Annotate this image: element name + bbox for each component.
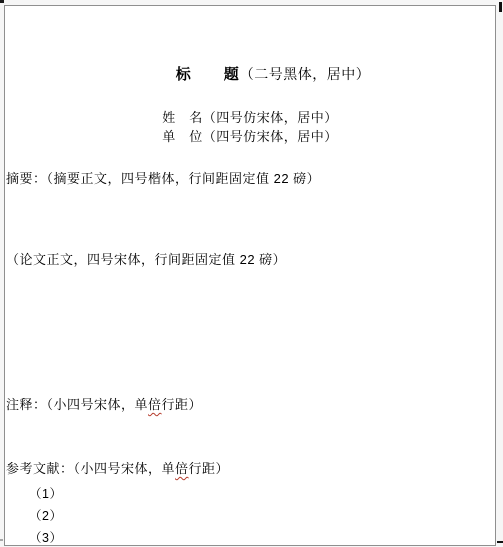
notes-spellcheck-word: 倍 [148, 397, 162, 412]
reference-item-2: （2） [29, 509, 62, 523]
screen-edge-artifact-bottom-left [0, 539, 3, 541]
author-line: 姓 名（四号仿宋体，居中） [5, 111, 495, 126]
notes-line: 注释：（小四号宋体，单倍行距） [6, 398, 202, 413]
body-text-line: （论文正文，四号宋体，行间距固定值 22 磅） [6, 253, 286, 268]
screen-edge-artifact-top-right [499, 2, 502, 12]
screenshot-frame: 标 题（二号黑体，居中） 姓 名（四号仿宋体，居中） 单 位（四号仿宋体，居中）… [0, 0, 503, 547]
references-text-after: 行距） [189, 461, 230, 476]
references-line: 参考文献：（小四号宋体，单倍行距） [6, 462, 229, 477]
reference-item-3: （3） [29, 531, 62, 545]
references-spellcheck-word: 倍 [175, 461, 189, 476]
references-text-before: 参考文献：（小四号宋体，单 [6, 461, 175, 476]
reference-item-1: （1） [29, 487, 62, 501]
abstract-line: 摘要：（摘要正文，四号楷体，行间距固定值 22 磅） [6, 172, 320, 187]
notes-text-before: 注释：（小四号宋体，单 [6, 397, 148, 412]
title-line: 标 题（二号黑体，居中） [5, 66, 495, 83]
affiliation-line: 单 位（四号仿宋体，居中） [5, 130, 495, 145]
screen-edge-artifact-bottom-right [497, 541, 503, 543]
notes-text-after: 行距） [162, 397, 203, 412]
title-format-note: （二号黑体，居中） [240, 66, 371, 82]
screen-edge-artifact-top-left [0, 0, 4, 3]
title-text: 标 题 [176, 66, 240, 83]
document-page[interactable]: 标 题（二号黑体，居中） 姓 名（四号仿宋体，居中） 单 位（四号仿宋体，居中）… [4, 5, 496, 546]
